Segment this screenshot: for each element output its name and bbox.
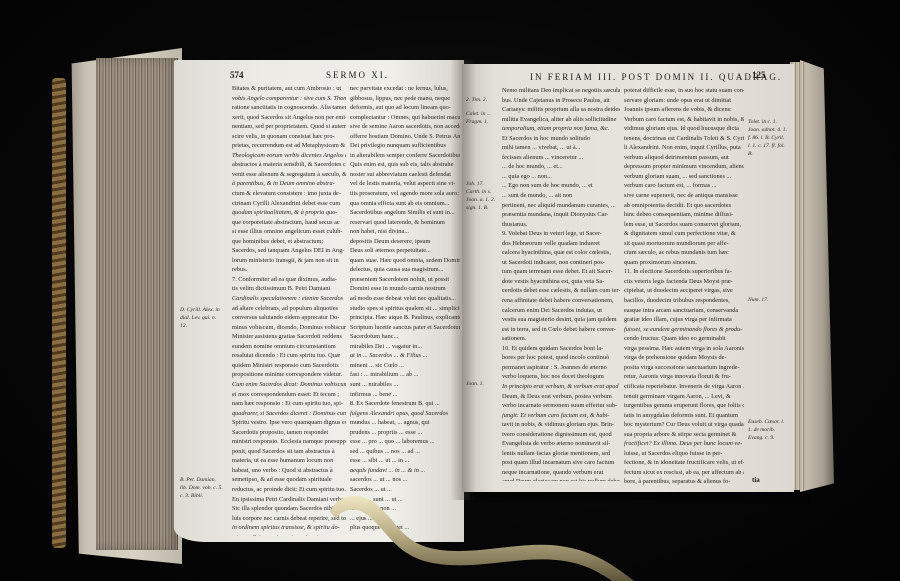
text-line: plus quoque indulget ...: [350, 523, 460, 533]
text-line: virga pessima. Hæc autem virga in sola A…: [624, 344, 744, 354]
text-line: ratione sanctitatis in cognoscendo. Alia…: [232, 103, 346, 113]
text-line: vobis Angelo comparentur : sive cum S. T…: [232, 94, 346, 104]
text-line: apud Deum gloriosam non est his nullum d…: [502, 477, 620, 481]
text-line: noster sui abbreviatum caelesti defendat: [350, 170, 460, 180]
text-line: ei mox correspondendum esset: Et tecum ;: [232, 390, 346, 400]
left-margin-note: D. Cyrill. Alex. in dial. Lev. qui. n. 1…: [180, 306, 224, 330]
text-line: sacerdos ... ut ... nos ...: [350, 475, 460, 485]
text-line: ut Sacerdoti indicaret, non contineri po…: [502, 258, 620, 268]
text-line: præsentem Sacerdotem noluit, ut possit: [350, 275, 460, 285]
text-line: sed ... quibus ... nos ... ad ...: [350, 447, 460, 457]
text-line: thusianus.: [502, 220, 620, 230]
text-line: Spiritu vestro. Ipse vero quamquam dignu…: [232, 418, 346, 428]
text-line: sive de semine Aaron sacerdotis, non acc…: [350, 122, 460, 132]
text-line: Dei privilegio nunquam sufficientibus: [350, 141, 460, 151]
text-line: aequis fundavi ... in ... & in ...: [350, 466, 460, 476]
text-line: ad modo esse debeat velut nec qualitatis…: [350, 294, 460, 304]
text-line: infirmus ... bene ...: [350, 390, 460, 400]
text-line: jungit: Et verbum caro factum est, & hab…: [502, 411, 620, 421]
right-page: IN FERIAM III. POST DOMIN II. QUADRAG. 1…: [462, 64, 794, 492]
text-line: sua propria arbore & stirpe secta germin…: [624, 430, 744, 440]
text-line: ab omnipotentia decidit. Et quo sacerdot…: [624, 201, 744, 211]
text-line: ... Ego non sum de hoc mundo, ... et: [502, 181, 620, 191]
text-line: li Alexandrini. Non enim, inquit Cyrillu…: [624, 143, 744, 153]
text-line: retur, Aaronis virga innovata floruit & …: [624, 372, 744, 382]
text-line: ... de hoc mundo, ... et...: [502, 162, 620, 172]
text-line: servare gloriam: unde opus erat ut dimit…: [624, 96, 744, 106]
right-folio: 125: [752, 70, 766, 80]
text-line: 11. In electione Sacerdotis superioribus…: [624, 267, 744, 277]
text-line: bore, à parentibus, separatus & alienus …: [624, 477, 744, 486]
text-line: ponit, quod Sacerdos sit tam abstractus …: [232, 447, 346, 457]
text-line: præsentia mundana, inquit Dionysius Car-: [502, 210, 620, 220]
text-line: bus. Unde Cajetanus in Prosecu Paulus, a…: [502, 96, 620, 106]
text-line: calcera hyacinthina, quæ est color cœles…: [502, 248, 620, 258]
text-line: abstractos à materia sensibili, & Sacerd…: [232, 160, 346, 170]
text-line: verbum aliquod detrimentum passum, aut: [624, 153, 744, 163]
text-line: 10. Et quidem quidam Sacerdos boni la-: [502, 344, 620, 354]
text-line: venit esse alienum & segregatum à sæculo…: [232, 170, 346, 180]
text-line: bacillos, duodecim tribubus respondentes…: [624, 296, 744, 306]
text-line: Deus soli æternos perpetuitate...: [350, 246, 460, 256]
text-line: 8. Ex Sacerdote fenestrum B. qui ...: [350, 399, 460, 409]
text-line: nentiam, sed per proprietatem. Quod si a…: [232, 122, 346, 132]
text-line: prietas, recurrendum est ad Metaphysicam…: [232, 141, 346, 151]
text-line: non habet, nisi divina...: [350, 227, 460, 237]
text-line: tum quam terrenam esse debet. Et ait Sac…: [502, 267, 620, 277]
text-line: fulgens Alexandri opus, quod Sacerdos: [350, 409, 460, 419]
text-line: sit quasi mortuorum mundiorum per affe-: [624, 239, 744, 249]
text-line: tatis in amygdalas deformis sunt. Et qua…: [624, 411, 744, 421]
text-line: ctum & elevatum consistere : imo juxta d…: [232, 189, 346, 199]
text-line: fructificet? Ex illimo. Deus per hunc lo…: [624, 439, 744, 449]
text-line: post quam illud incarnatum sive caro fac…: [502, 458, 620, 468]
text-line: vidimus gloriam ejus. Id quod hucusque d…: [624, 124, 744, 134]
text-line: tenuit germinare virgam Aaron, ... Levi,…: [624, 392, 744, 402]
text-line: habeat, uno verbo : Quod si abstractus à: [232, 466, 346, 476]
text-line: quam suae. Hæc quod omnia, sedem Dominus: [350, 256, 460, 266]
text-line: dote vestis hyacinthina est, quia veta S…: [502, 277, 620, 287]
text-line: deformis, aut quo ad locum lineam quo-: [350, 103, 460, 113]
text-line: Theologicam eorum verbis dicentes Angelo…: [232, 151, 346, 161]
text-line: verbum caro factum est, ... formas ...: [624, 181, 744, 191]
left-page: 574 SERMO XI. Bitates & puritatem, aut c…: [174, 60, 464, 542]
text-line: lentis nullam facias gloriæ mentionem, s…: [502, 449, 620, 459]
text-line: propositione minime correspondere videtu…: [232, 370, 346, 380]
text-line: esse ... pro ... quo ... laboremus ...: [350, 437, 460, 447]
text-line: ... mundi ... non ...: [350, 504, 460, 514]
text-line: conversus salutando eidem apprecatur Do-: [232, 313, 346, 323]
text-line: En ipsissima Petri Cardinalis Damiani ve…: [232, 495, 346, 505]
text-line: que corporeitate abstractum, haud secus …: [232, 218, 346, 228]
text-line: Nemo militans Deo implicat se negotiis s…: [502, 86, 620, 96]
text-line: Sacerdos, sed tanquam Angelus DEI in Ang…: [232, 246, 346, 256]
text-line: ivero consideratione dignissimum est, qu…: [502, 430, 620, 440]
text-line: gibbosus, lippus, nec pede manu, neque: [350, 94, 460, 104]
text-line: Sacerdotis proposito, tamen respondet: [232, 428, 346, 438]
text-line: sive carne superavit, nec de antiqua man…: [624, 191, 744, 201]
text-line: Cardinalis speculationem : etenim Sacerd…: [232, 294, 346, 304]
text-line: vel de lestis materia, velut aspecti sin…: [350, 179, 460, 189]
text-line: in alterabilem semper conferre Sacerdoti…: [350, 151, 460, 161]
left-folio: 574: [230, 70, 244, 80]
text-line: 9. Volebat Deus in veteri lege, ut Sacer…: [502, 229, 620, 239]
page-block-edges: [96, 58, 178, 550]
text-line: tavit in nobis, & vidimus gloriam ejus. …: [502, 420, 620, 430]
text-line: Sic illa splendor quondam Sacerdos nihil…: [232, 504, 346, 514]
text-line: lorum ministerio transgit, & jam non sit…: [232, 256, 346, 266]
text-line: Domini esse in mundo carnis nostrum: [350, 284, 460, 294]
text-line: permanet aspiratur : S. Joannes de ætern…: [502, 363, 620, 373]
text-line: tenens, doctrinas est Cardinalis Toleti …: [624, 134, 744, 144]
catchword: tia: [752, 476, 760, 484]
right-column-2: poterat difficile esse, in suo hoc statu…: [624, 86, 744, 486]
text-line: In principio erat verbum, & verbum erat …: [502, 382, 620, 392]
text-line: Bitates & puritatem, aut cum Ambrosio : …: [232, 84, 346, 94]
text-line: fasi : ... mirabilium ... ab ...: [350, 370, 460, 380]
text-line: xerit, quod Sacerdos sit Angelus non per…: [232, 113, 346, 123]
text-line: hoc mysterium? Cur Deus voluit ut virga …: [624, 420, 744, 430]
text-line: quidem Ministri responsio cum Sacerdotis: [232, 361, 346, 371]
text-line: verbum gloriam suam, ... sed sanctiones …: [624, 172, 744, 182]
text-line: ut in ... Sacerdos ... & Filius ...: [350, 351, 460, 361]
text-line: verbo incarnato sermonem suum effertur s…: [502, 401, 620, 411]
text-line: depressum propter minimum vincendum, ali…: [624, 162, 744, 172]
text-line: prudens ... propriis ... esse ...: [350, 428, 460, 438]
left-running-head: SERMO XI.: [326, 70, 389, 80]
text-line: Sacerdotibus angelum Similis et sunt in.…: [350, 208, 460, 218]
text-line: vestis sua magisterio desint, quia jam q…: [502, 315, 620, 325]
text-line: neque incarnatione, quando verbum erat: [502, 468, 620, 478]
right-margin-note: Tolet. in c. 1. Joan. adnot. 4. 1. f. 86…: [748, 118, 788, 158]
text-line: verbo loquens, hoc nos docet theologum: [502, 372, 620, 382]
text-line: ad altare celebrans, ad populum aliquoti…: [232, 304, 346, 314]
right-margin-note: Euseb. Cæsar. l. 1. de morib. Evang. c. …: [748, 418, 788, 442]
text-line: ... sunt de mundo, ... ait non: [502, 191, 620, 201]
text-line: ctis veteris legis facienda Deus Moysi p…: [624, 277, 744, 287]
text-line: bores per hoc potest, quod incolo contin…: [502, 353, 620, 363]
text-line: temporalium, etiam propria non fama, &c.: [502, 124, 620, 134]
text-line: ctificata reperiebatur. Inveneris de vir…: [624, 382, 744, 392]
text-line: pertinent, nec aliquid mundanum curantes…: [502, 201, 620, 211]
text-line: tiis proseratum, vel agendo more sola au…: [350, 189, 460, 199]
text-line: principia. Hæc atque B. Paulinus, explic…: [350, 313, 460, 323]
text-line: delectus, quia causa sua magistrum...: [350, 265, 460, 275]
text-line: posita virga successione sanctuarium ing…: [624, 363, 744, 373]
text-line: fectione, & in idoneitate fructificare v…: [624, 458, 744, 468]
text-line: que hominibus debet, et abstractum;: [232, 237, 346, 247]
text-line: rebus.: [232, 265, 346, 275]
left-column-2: nec parvitate excedat : ne lernus, lulus…: [350, 84, 460, 536]
book-spine-ridge: [52, 78, 66, 548]
text-line: mihi tamen ... vivebat, ... ut à...: [502, 143, 620, 153]
text-line: quadrarer, si Sacerdos diceret : Dominus…: [232, 409, 346, 419]
text-line: complectantur : Omnes, qui habuerint mac…: [350, 113, 460, 123]
text-line: hinc debeo consequentiam, minime diffusi…: [624, 210, 744, 220]
text-line: poterat difficile esse, in suo hoc statu…: [624, 86, 744, 96]
text-line: reductus, ac proinde dicit: Et cum spiri…: [232, 485, 346, 495]
text-line: à parentibus, & in Deum omnino abstra-: [232, 179, 346, 189]
text-line: cerdotis debet esse cælestis, & nullam c…: [502, 286, 620, 296]
text-line: cipiebat, ut duodecim acciperet virgas, …: [624, 286, 744, 296]
text-line: scire velis, in quonam consistat hæc pro…: [232, 132, 346, 142]
text-line: fecisses alienum ... vinceretur ...: [502, 153, 620, 163]
text-line: Minister assistens gratias Sacerdoti red…: [232, 332, 346, 342]
text-line: Sacerdotum hanc...: [350, 332, 460, 342]
page-shadow: [470, 492, 810, 506]
text-line: Sacerdos ... ut ...: [350, 485, 460, 495]
text-line: Evangelista de verbo æterno nominavit si…: [502, 439, 620, 449]
text-line: esse ... sibi ... ut ... in ...: [350, 456, 460, 466]
text-line: luis corpore nec carnis debeat reperire,…: [232, 514, 346, 524]
text-line: ministri responsio. Ecclesia namque præs…: [232, 437, 346, 447]
text-line: nec parvitate excedat : ne lernus, lulus…: [350, 84, 460, 94]
text-line: debet, ... sunt ... ut ...: [350, 495, 460, 505]
text-line: quodam spiritualitatem, & à propria quo-: [232, 208, 346, 218]
text-line: fuisset, se eundem germinando flores & p…: [624, 325, 744, 335]
text-line: depositis Deum deserere, ipsum: [350, 237, 460, 247]
text-line: cendo fructus: Quam ideo eo germinabit: [624, 334, 744, 344]
text-line: est in terra, sed in Cœlo debet habere c…: [502, 325, 620, 335]
text-line: qua omnia efficta sunt ab eis omnium...: [350, 199, 460, 209]
text-line: studio spes si spiritus qualem sit ... s…: [350, 304, 460, 314]
text-line: reservari quod laterendo, & hominum: [350, 218, 460, 228]
text-line: si esse illius omnino angelicum esset cu…: [232, 227, 346, 237]
text-line: virga de prehensione quidam Moysis de-: [624, 353, 744, 363]
text-line: ... ejus ... & in ...: [350, 514, 460, 524]
text-line: Verbum caro factum est, & habitavit in n…: [624, 115, 744, 125]
text-line: sunt ... mirabiles ...: [350, 380, 460, 390]
text-line: Cum enim Sacerdos dicat: Dominus vobiscu…: [232, 380, 346, 390]
text-line: resalutat dicendo : Et cum spiritu tuo. …: [232, 351, 346, 361]
text-line: ctrinam Cyrilli Alexandrini debet esse c…: [232, 199, 346, 209]
text-line: calcerum enim Dei Sacerdos indutas, ut: [502, 306, 620, 316]
text-line: 7. Conformiter ad ea quæ diximus, audia-: [232, 275, 346, 285]
text-line: ... quia ego ... non...: [502, 172, 620, 182]
text-line: gratiæ ideo illam, cujus virga per infir…: [624, 315, 744, 325]
text-line: fectum sicut ex rescissi, ab ea, per aff…: [624, 468, 744, 478]
text-line: Cariaeys: militis proprium alla sa nostr…: [502, 105, 620, 115]
text-line: in ordinem spiritus transisse, & spiritu…: [232, 523, 346, 533]
text-line: minare, & in omni pravi carnis vetere.: [232, 533, 346, 536]
text-line: minus vobiscum, dicendo, Dominus vobiscu…: [232, 323, 346, 333]
right-column-1: Nemo militans Deo implicat se negotiis s…: [502, 86, 620, 481]
text-line: easque intra arcam sanctuarium, conserva…: [624, 306, 744, 316]
text-line: materia, ut ea esse humanum locum non: [232, 456, 346, 466]
right-margin-note: Num. 17.: [748, 296, 788, 304]
text-line: Quis enim est, quis sub eis, talis abstr…: [350, 160, 460, 170]
text-line: militia Evangelica, aliter ab aliis soll…: [502, 115, 620, 125]
text-line: minent ... sic Cœlo ...: [350, 361, 460, 371]
text-line: sationem.: [502, 334, 620, 344]
text-line: Joannis ipsum afferens de vobis, & dicen…: [624, 105, 744, 115]
text-line: offerre hostiam Domino. Unde S. Petrus A…: [350, 132, 460, 142]
text-line: ctum sæculo, ac rebus mundanis tum hæc: [624, 248, 744, 258]
text-line: rena affinitate debet habere conversatio…: [502, 296, 620, 306]
left-margin-note: B. Pet. Damian. lib. Dom. vob. c. 5. c. …: [180, 476, 224, 500]
text-line: nam hæc responsio : Et cum spiritu tuo, …: [232, 399, 346, 409]
text-line: Deum, & Deus erat verbum, postea verbum: [502, 392, 620, 402]
book-gutter: [450, 60, 476, 500]
text-line: Scriptum lucetie sanctus pater et Sacerd…: [350, 323, 460, 333]
text-line: luisse, ut Sacerdos eliquo fuisse in per…: [624, 449, 744, 459]
text-line: semetipso, & ad esse quodam spirituale: [232, 475, 346, 485]
text-line: lem esse, ut Sacerdos suam conservet glo…: [624, 220, 744, 230]
text-line: mundus ... habeat, ... agnus, qui: [350, 418, 460, 428]
text-line: turgentibus gemma eruperunt flores, que …: [624, 401, 744, 411]
text-line: tis velim dictissimum B. Petri Damiani: [232, 284, 346, 294]
text-line: dos Hebræorum velle quadam indueret: [502, 239, 620, 249]
text-line: eundem nomine omnium circumstantium: [232, 342, 346, 352]
left-column-1: Bitates & puritatem, aut cum Ambrosio : …: [232, 84, 346, 536]
right-running-head: IN FERIAM III. POST DOMIN II. QUADRAG.: [530, 72, 782, 82]
text-line: quam proximorum sinceram.: [624, 258, 744, 268]
text-line: Et Sacerdos in hoc mundo solitudo: [502, 134, 620, 144]
text-line: mirabiles Dei ... vagatur in...: [350, 342, 460, 352]
text-line: & dignitatem simul cum perfectione vitæ,…: [624, 229, 744, 239]
